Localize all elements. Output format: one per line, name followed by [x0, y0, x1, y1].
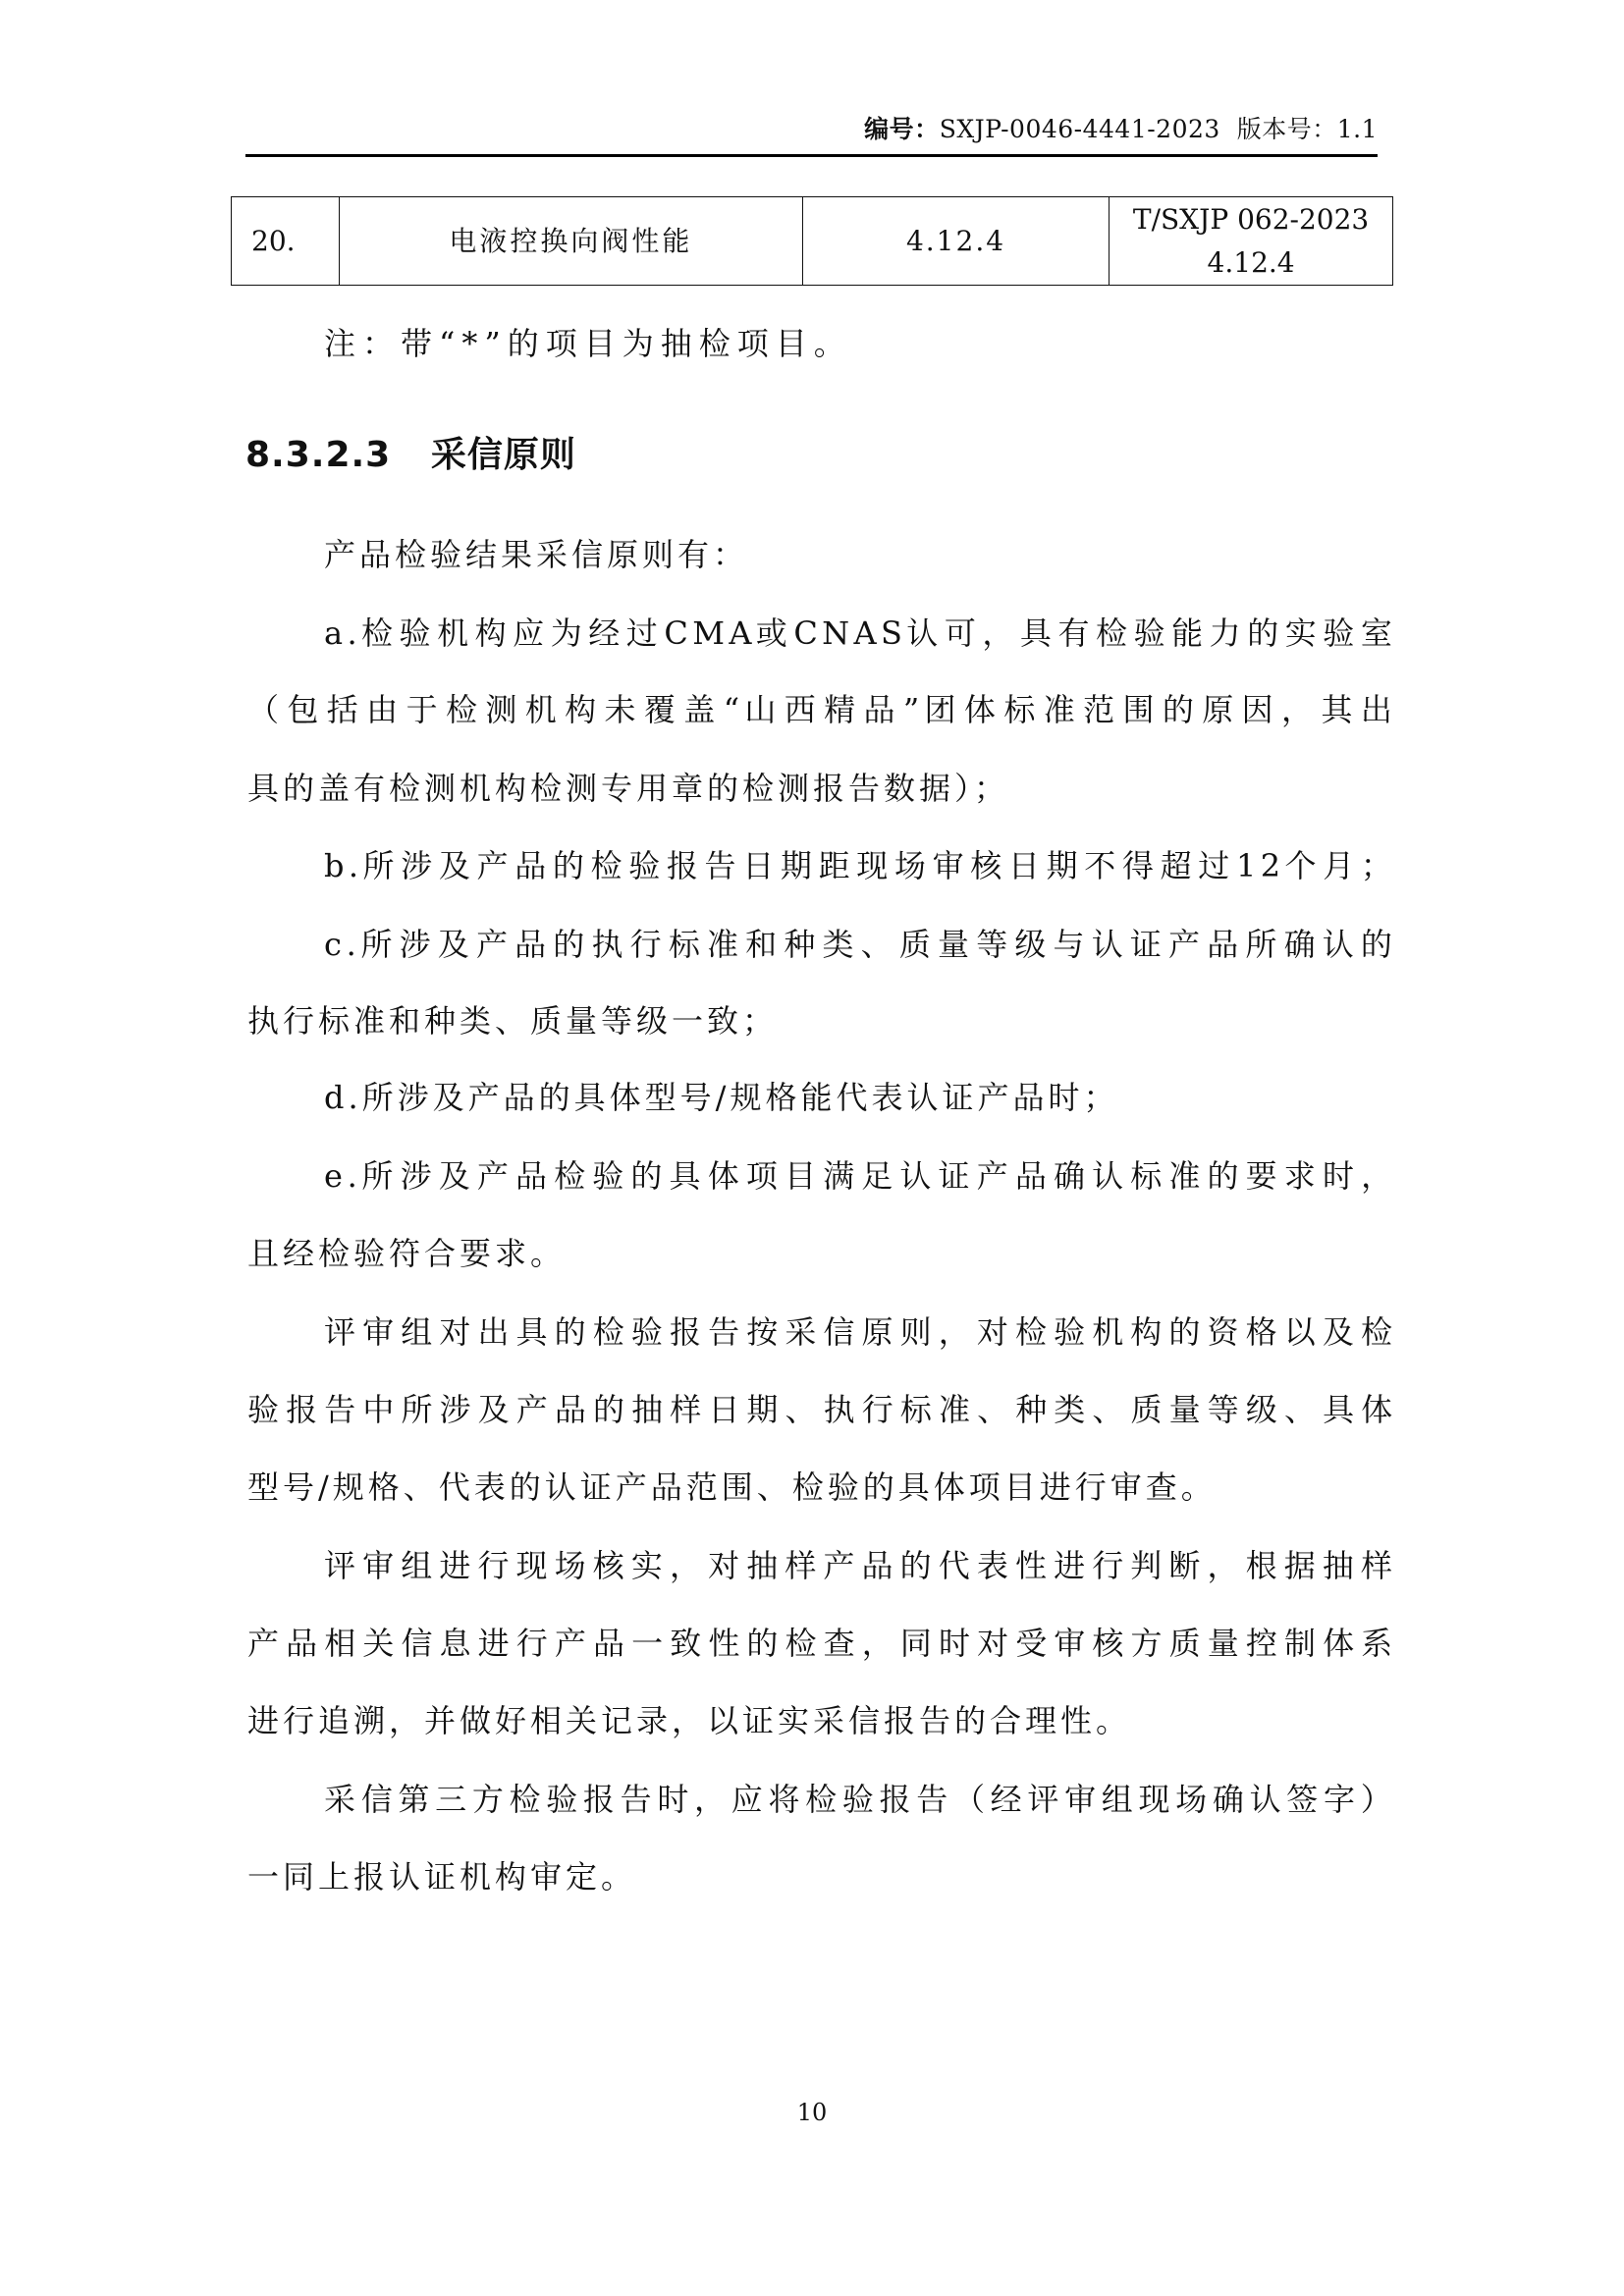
section-number: 8.3.2.3: [245, 435, 391, 475]
cell-clause: 4.12.4: [802, 197, 1109, 286]
paragraph-line: 采 信 第 三 方 检 验 报 告 时 ， 应 将 检 验 报 告 （ 经 评 …: [324, 1780, 1392, 1819]
header-divider: [245, 154, 1378, 157]
cell-standard: T/SXJP 062-2023 4.12.4: [1110, 197, 1393, 286]
table-row: 20. 电液控换向阀性能 4.12.4 T/SXJP 062-2023 4.12…: [232, 197, 1393, 286]
inspection-items-table: 20. 电液控换向阀性能 4.12.4 T/SXJP 062-2023 4.12…: [231, 196, 1393, 286]
document-page: 编号：SXJP-0046-4441-2023 版本号：1.1 20. 电液控换向…: [0, 0, 1624, 2296]
paragraph-line: 产 品 相 关 信 息 进 行 产 品 一 致 性 的 检 查 ， 同 时 对 …: [247, 1624, 1392, 1663]
paragraph-line: 验 报 告 中 所 涉 及 产 品 的 抽 样 日 期 、 执 行 标 准 、 …: [247, 1390, 1392, 1429]
paragraph-line: 执行标准和种类、质量等级一致；: [247, 1001, 1392, 1041]
paragraph-line: b . 所 涉 及 产 品 的 检 验 报 告 日 期 距 现 场 审 核 日 …: [324, 846, 1392, 885]
doc-number: SXJP-0046-4441-2023: [940, 115, 1220, 143]
section-heading: 8.3.2.3 采信原则: [245, 427, 576, 477]
paragraph-line: 型号/规格、代表的认证产品范围、检验的具体项目进行审查。: [247, 1468, 1392, 1507]
page-number: 10: [0, 2099, 1624, 2126]
standard-code: T/SXJP 062-2023: [1110, 198, 1392, 241]
header-text: 编号：SXJP-0046-4441-2023 版本号：1.1: [864, 110, 1378, 145]
paragraph-line: 产品检验结果采信原则有：: [324, 535, 1392, 574]
paragraph-line: c . 所 涉 及 产 品 的 执 行 标 准 和 种 类 、 质 量 等 级 …: [324, 925, 1392, 964]
version-number: 1.1: [1337, 115, 1378, 143]
version-label: 版本号：: [1237, 115, 1337, 143]
paragraph-line: 且经检验符合要求。: [247, 1234, 1392, 1273]
cell-index: 20.: [232, 197, 340, 286]
paragraph-line: 评 审 组 进 行 现 场 核 实 ， 对 抽 样 产 品 的 代 表 性 进 …: [324, 1546, 1392, 1585]
paragraph-line: 评 审 组 对 出 具 的 检 验 报 告 按 采 信 原 则 ， 对 检 验 …: [324, 1312, 1392, 1352]
table-note: 注：带“*”的项目为抽检项目。: [324, 319, 852, 364]
paragraph-line: a . 检 验 机 构 应 为 经 过 C M A 或 C N A S 认 可 …: [324, 614, 1392, 653]
section-title: 采信原则: [431, 435, 576, 475]
standard-clause: 4.12.4: [1110, 241, 1392, 285]
paragraph-line: e . 所 涉 及 产 品 检 验 的 具 体 项 目 满 足 认 证 产 品 …: [324, 1156, 1392, 1196]
paragraph-line: 一同上报认证机构审定。: [247, 1857, 1392, 1896]
page-header: 编号：SXJP-0046-4441-2023 版本号：1.1: [245, 110, 1378, 149]
paragraph-line: d.所涉及产品的具体型号/规格能代表认证产品时；: [324, 1078, 1392, 1117]
paragraph-line: 具的盖有检测机构检测专用章的检测报告数据）；: [247, 769, 1392, 808]
doc-number-label: 编号：: [864, 115, 940, 143]
paragraph-line: （ 包 括 由 于 检 测 机 构 未 覆 盖 “ 山 西 精 品 ” 团 体 …: [247, 690, 1392, 729]
cell-item: 电液控换向阀性能: [339, 197, 802, 286]
paragraph-line: 进行追溯，并做好相关记录，以证实采信报告的合理性。: [247, 1701, 1392, 1740]
